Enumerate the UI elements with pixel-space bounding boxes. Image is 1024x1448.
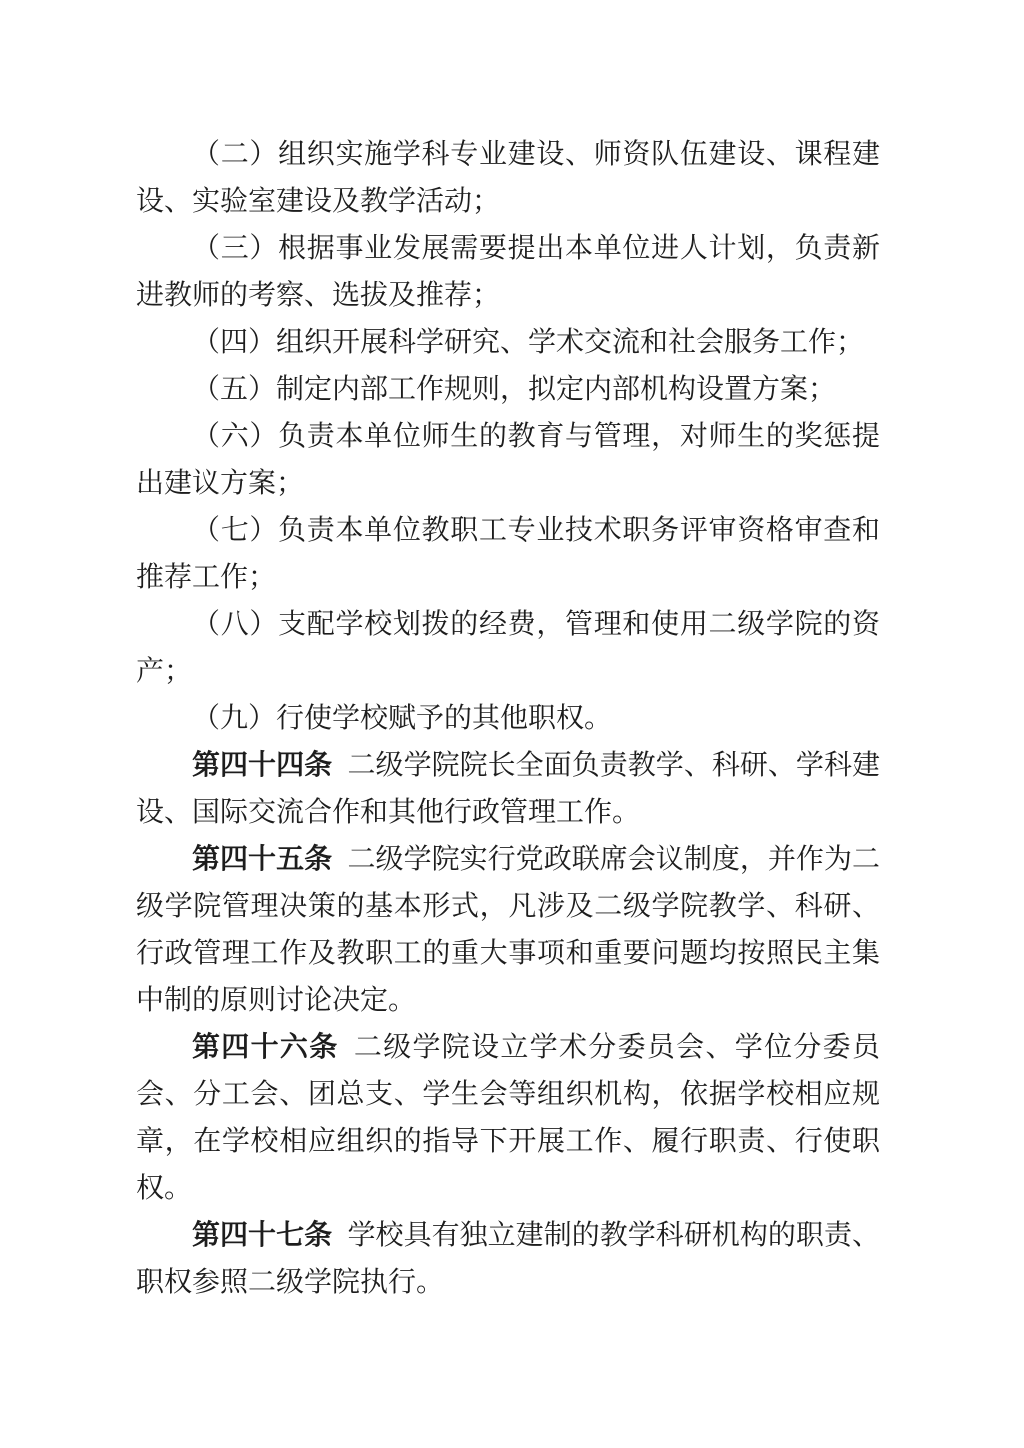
clause-item-8: （八）支配学校划拨的经费，管理和使用二级学院的资产； xyxy=(136,600,880,694)
article-45-number: 第四十五条 xyxy=(192,842,332,875)
clause-item-9: （九）行使学校赋予的其他职权。 xyxy=(136,694,880,741)
article-46-paragraph: 第四十六条二级学院设立学术分委员会、学位分委员会、分工会、团总支、学生会等组织机… xyxy=(136,1023,880,1211)
clause-item-5: （五）制定内部工作规则，拟定内部机构设置方案； xyxy=(136,365,880,412)
article-44-paragraph: 第四十四条二级学院院长全面负责教学、科研、学科建设、国际交流合作和其他行政管理工… xyxy=(136,741,880,835)
clause-item-4: （四）组织开展科学研究、学术交流和社会服务工作； xyxy=(136,318,880,365)
article-44-number: 第四十四条 xyxy=(192,748,332,781)
clause-item-6: （六）负责本单位师生的教育与管理，对师生的奖惩提出建议方案； xyxy=(136,412,880,506)
article-47-number: 第四十七条 xyxy=(192,1218,332,1251)
document-page: （二）组织实施学科专业建设、师资队伍建设、课程建设、实验室建设及教学活动； （三… xyxy=(0,0,1024,1448)
article-46-number: 第四十六条 xyxy=(192,1030,339,1063)
document-body: （二）组织实施学科专业建设、师资队伍建设、课程建设、实验室建设及教学活动； （三… xyxy=(136,130,880,1305)
article-47-paragraph: 第四十七条学校具有独立建制的教学科研机构的职责、职权参照二级学院执行。 xyxy=(136,1211,880,1305)
clause-item-7: （七）负责本单位教职工专业技术职务评审资格审查和推荐工作； xyxy=(136,506,880,600)
clause-item-3: （三）根据事业发展需要提出本单位进人计划，负责新进教师的考察、选拔及推荐； xyxy=(136,224,880,318)
article-45-paragraph: 第四十五条二级学院实行党政联席会议制度，并作为二级学院管理决策的基本形式，凡涉及… xyxy=(136,835,880,1023)
clause-item-2: （二）组织实施学科专业建设、师资队伍建设、课程建设、实验室建设及教学活动； xyxy=(136,130,880,224)
